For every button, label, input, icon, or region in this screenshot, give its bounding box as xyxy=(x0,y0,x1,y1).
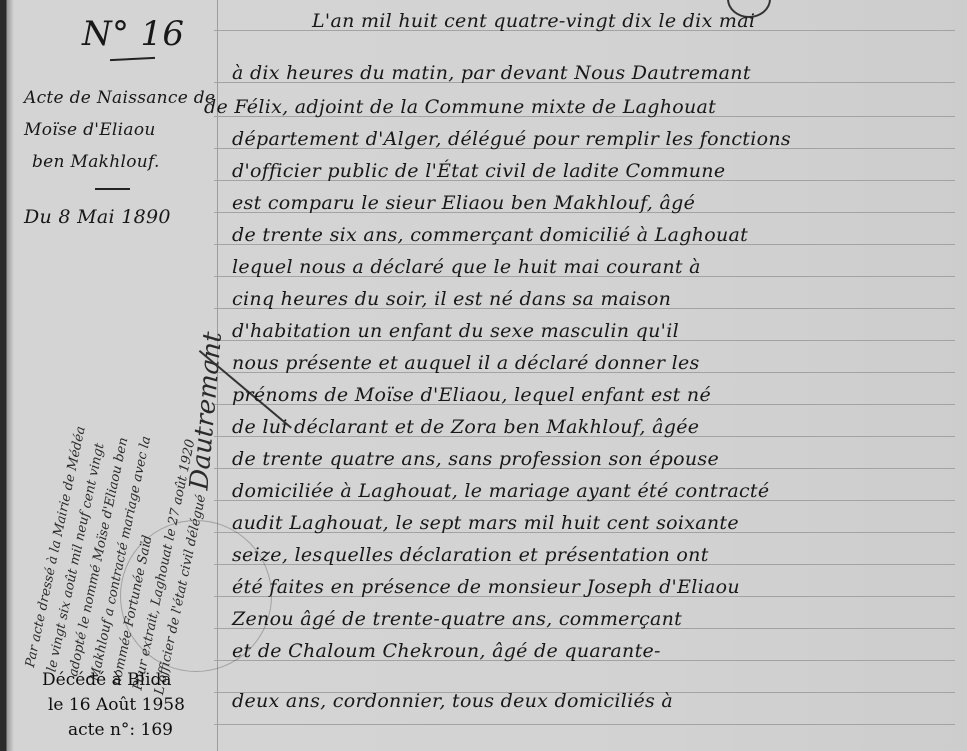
death-note-line: acte n°: 169 xyxy=(36,718,185,743)
death-note-line: le 16 Août 1958 xyxy=(36,693,185,718)
death-annotation: Décédé à Blida le 16 Août 1958 acte n°: … xyxy=(36,668,185,743)
body-line: département d'Alger, délégué pour rempli… xyxy=(232,128,791,150)
register-page-scan: N° 16 Acte de Naissance de Moïse d'Eliao… xyxy=(0,0,967,751)
margin-title-line: ben Makhlouf. xyxy=(32,152,160,172)
body-line: été faites en présence de monsieur Josep… xyxy=(232,576,740,598)
body-line: de lui déclarant et de Zora ben Makhlouf… xyxy=(232,416,699,438)
body-line: L'an mil huit cent quatre-vingt dix le d… xyxy=(312,10,755,32)
ruled-line xyxy=(214,724,955,725)
body-line: nous présente et auquel il a déclaré don… xyxy=(232,352,700,374)
body-line: de trente quatre ans, sans profession so… xyxy=(232,448,719,470)
margin-title-line: Moïse d'Eliaou xyxy=(24,120,156,140)
body-line: domiciliée à Laghouat, le mariage ayant … xyxy=(232,480,769,502)
body-line: audit Laghouat, le sept mars mil huit ce… xyxy=(232,512,739,534)
body-line: d'habitation un enfant du sexe masculin … xyxy=(232,320,679,342)
act-number: N° 16 xyxy=(82,14,184,54)
body-line: de Félix, adjoint de la Commune mixte de… xyxy=(204,96,716,118)
body-line: prénoms de Moïse d'Eliaou, lequel enfant… xyxy=(232,384,711,406)
body-line: d'officier public de l'État civil de lad… xyxy=(232,160,725,182)
act-number-underline xyxy=(110,57,155,61)
death-note-line: Décédé à Blida xyxy=(36,668,185,693)
margin-title-line: Acte de Naissance de xyxy=(24,88,215,108)
body-line: de trente six ans, commerçant domicilié … xyxy=(232,224,748,246)
title-underline xyxy=(95,188,130,190)
body-line: seize, lesquelles déclaration et présent… xyxy=(232,544,709,566)
body-line: deux ans, cordonnier, tous deux domicili… xyxy=(232,690,673,712)
body-line: lequel nous a déclaré que le huit mai co… xyxy=(232,256,701,278)
body-line: est comparu le sieur Eliaou ben Makhlouf… xyxy=(232,192,695,214)
body-line: cinq heures du soir, il est né dans sa m… xyxy=(232,288,671,310)
body-line: à dix heures du matin, par devant Nous D… xyxy=(232,62,751,84)
body-line: et de Chaloum Chekroun, âgé de quarante- xyxy=(232,640,661,662)
body-line: Zenou âgé de trente-quatre ans, commerça… xyxy=(232,608,682,630)
margin-date: Du 8 Mai 1890 xyxy=(24,206,171,228)
